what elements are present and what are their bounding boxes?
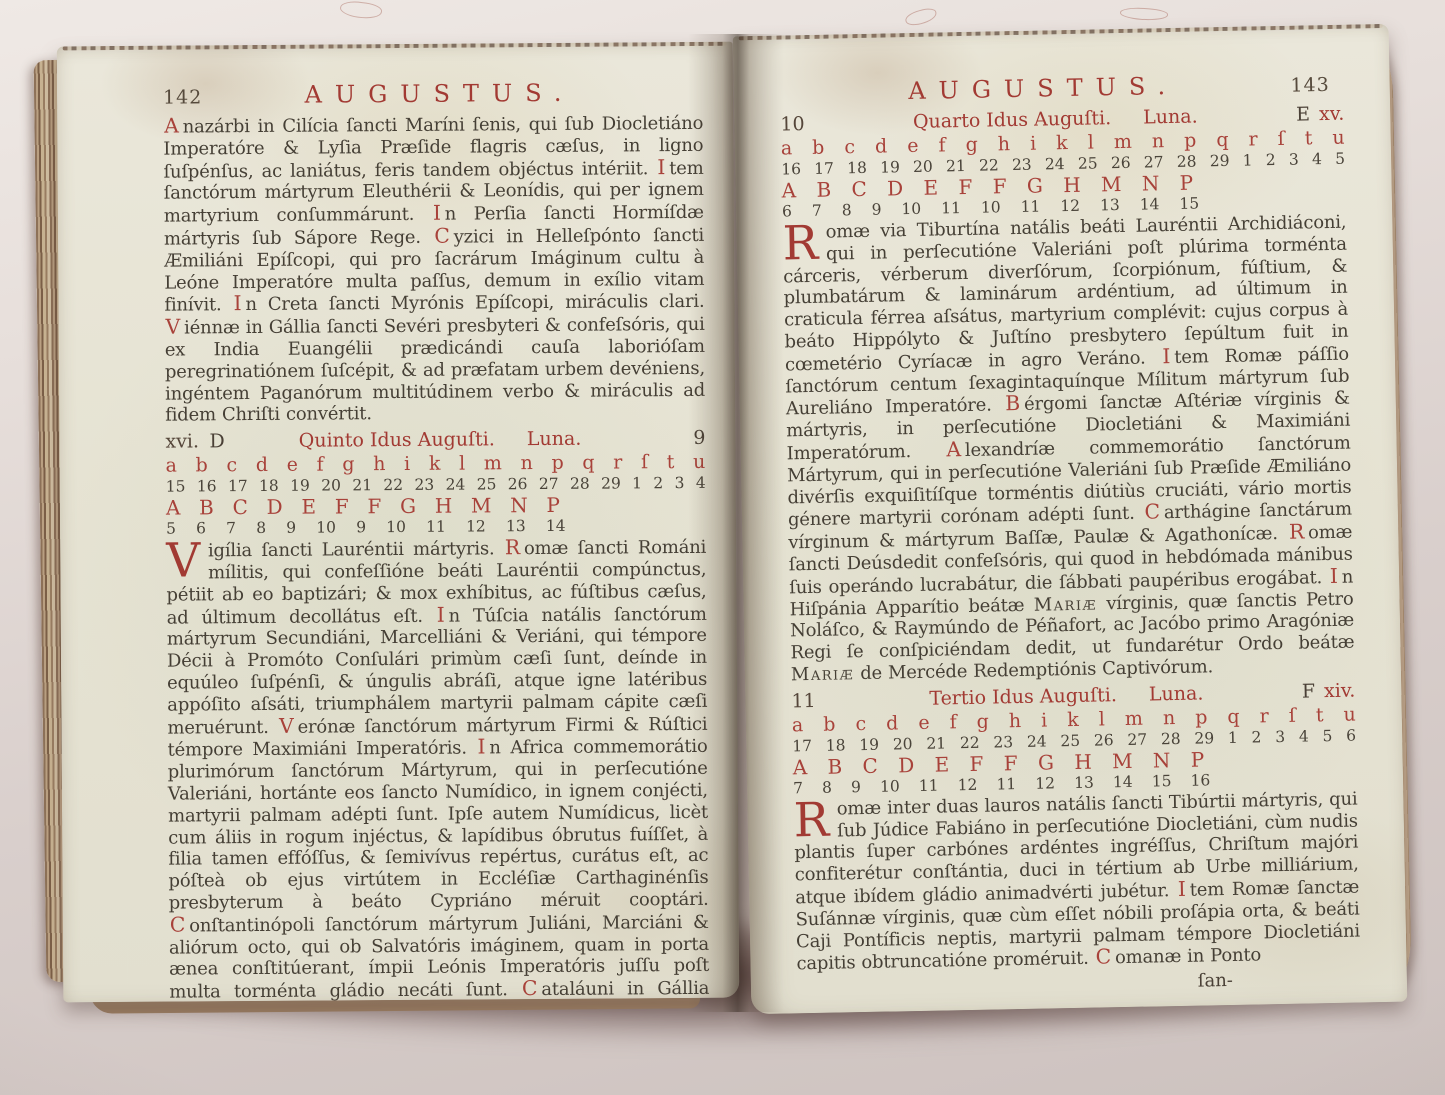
backdrop-stain bbox=[339, 0, 383, 21]
luna-number: Fxiv. bbox=[1297, 679, 1355, 702]
backdrop-stain bbox=[904, 6, 938, 27]
golden-number: 11 bbox=[791, 689, 835, 712]
day-title-text: Quarto Idus Auguſti. bbox=[913, 107, 1112, 133]
page-top-stained-edge bbox=[63, 42, 727, 51]
luna-label: Luna. bbox=[1143, 105, 1198, 128]
book-page-right: AUGUSTUS. 143 10 Quarto Idus Auguſti. Lu… bbox=[733, 24, 1408, 1014]
golden-number: 10 bbox=[780, 113, 824, 136]
page-header: AUGUSTUS. 143 bbox=[780, 69, 1344, 108]
martyrology-paragraph: Anazárbi in Cilícia ſancti Maríni ſenis,… bbox=[163, 112, 705, 427]
epact-value: xiv. bbox=[1324, 679, 1356, 702]
luna-label: Luna. bbox=[1149, 682, 1204, 705]
luna-label: Luna. bbox=[527, 428, 582, 450]
day-title-text: Tertio Idus Auguſti. bbox=[929, 684, 1117, 710]
luna-number: Exv. bbox=[1286, 103, 1344, 126]
page-number: 142 bbox=[163, 86, 247, 109]
photo-backdrop: 142 AUGUSTUS. Anazárbi in Cilícia ſancti… bbox=[0, 0, 1445, 1095]
calendar-number-row: 1516171819202122232425262728291234 bbox=[166, 474, 706, 496]
calendar-caps-row: ABCDEFFGHMNP bbox=[166, 493, 560, 520]
martyrology-paragraph: Romæ inter duas lauros natális ſancti Ti… bbox=[793, 788, 1360, 975]
book-page-left: 142 AUGUSTUS. Anazárbi in Cilícia ſancti… bbox=[57, 42, 740, 1003]
calendar-letter-row: abcdefghiklmnpqrſtu bbox=[166, 451, 706, 477]
page-top-stained-edge bbox=[739, 24, 1383, 40]
month-title: AUGUSTUS. bbox=[863, 71, 1209, 106]
month-title: AUGUSTUS. bbox=[247, 78, 619, 109]
epact-value: xv. bbox=[1319, 103, 1345, 125]
page-number: 143 bbox=[1210, 74, 1344, 99]
day-heading: xvi. D Quinto Idus Auguſti. Luna. 9 bbox=[165, 427, 705, 453]
dominical-letter: F bbox=[1302, 680, 1316, 702]
dominical-letter: E bbox=[1296, 103, 1310, 125]
header-spacer bbox=[780, 100, 864, 102]
dominical-letter: D bbox=[209, 430, 224, 452]
backdrop-stain bbox=[1120, 6, 1169, 21]
day-title-text: Quinto Idus Auguſti. bbox=[299, 428, 495, 451]
page-header: 142 AUGUSTUS. bbox=[163, 78, 703, 110]
martyrology-paragraph: Romæ via Tiburtína natális beáti Laurént… bbox=[782, 212, 1355, 686]
day-title: Quinto Idus Auguſti. Luna. bbox=[233, 427, 648, 452]
martyrology-paragraph: Vigília ſancti Lauréntii mártyris. Romæ … bbox=[166, 536, 709, 1002]
luna-number: 9 bbox=[647, 427, 705, 449]
golden-number: xvi. bbox=[165, 430, 209, 452]
header-spacer bbox=[619, 100, 703, 101]
